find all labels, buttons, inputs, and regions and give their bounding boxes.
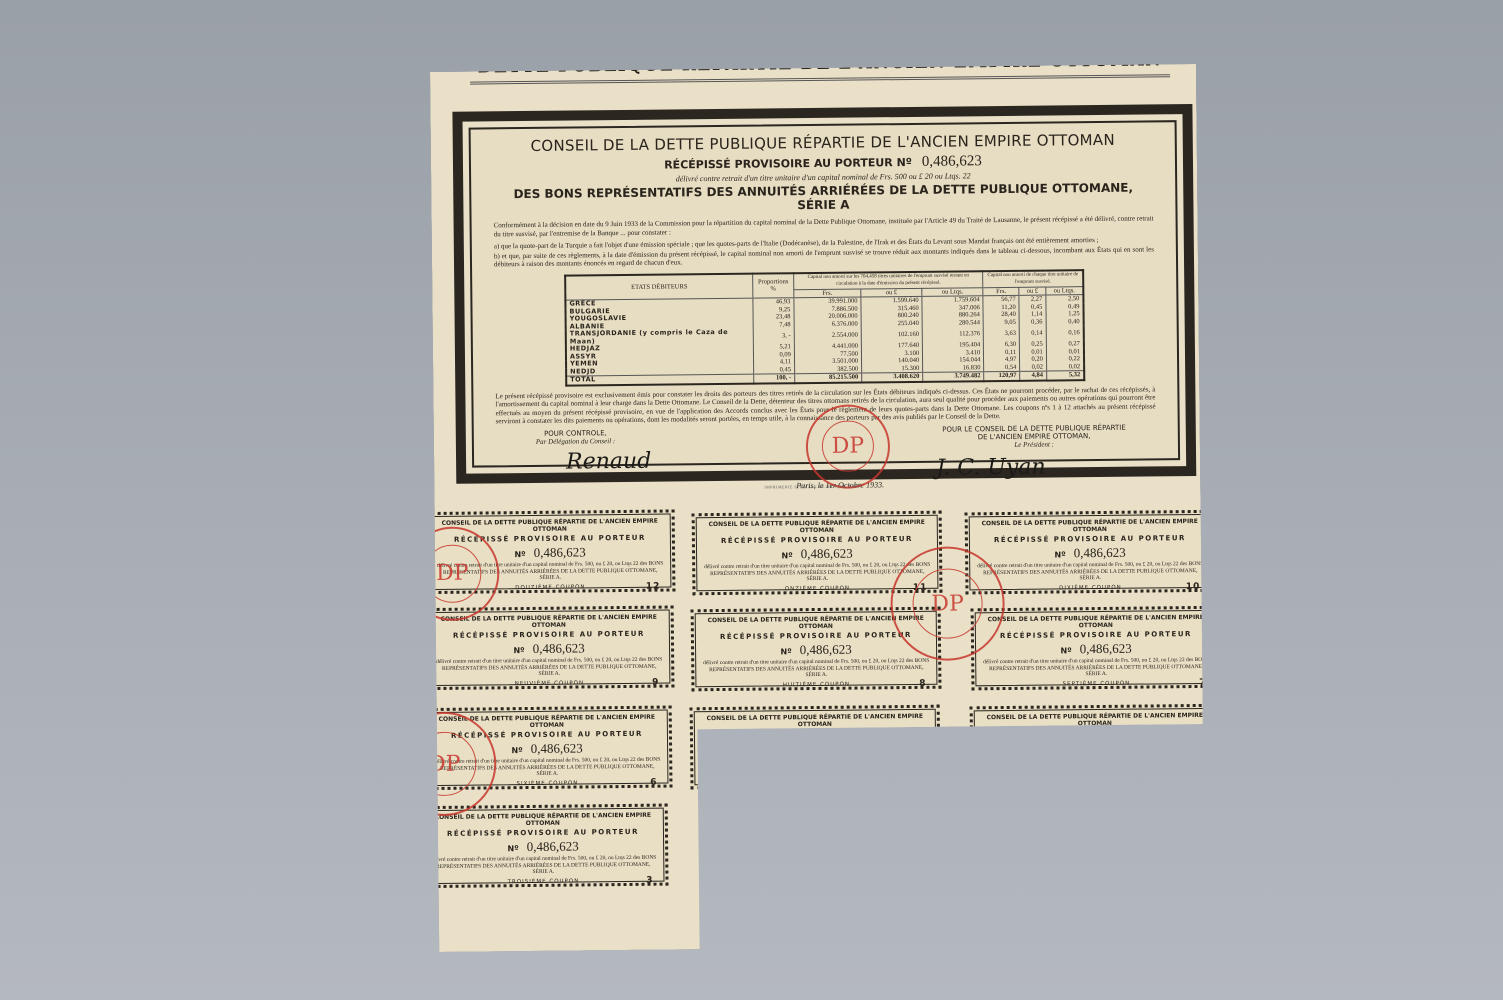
cell-u-gbp: 0,14 <box>1019 326 1046 341</box>
coupon-number: Nº0,486,623 <box>701 739 929 757</box>
coupon-body: délivré contre retrait d'un titre unitai… <box>429 855 657 877</box>
coupon-footer: TROISIÈME COUPON3 <box>429 877 657 885</box>
coupon-index: 8 <box>919 678 926 688</box>
paragraph-1: Conformément à la décision en date du 9 … <box>494 214 1154 238</box>
seal-monogram: DP <box>919 748 990 819</box>
coupon-number: Nº0,486,623 <box>703 545 931 563</box>
coupon-body: délivré contre retrait d'un titre unitai… <box>702 658 930 680</box>
coupon-number-value: 0,486,623 <box>533 640 585 656</box>
coupon-label: DIXIÈME COUPON <box>1059 584 1122 591</box>
coupon-number-value: 0,486,623 <box>1074 545 1126 561</box>
coupon-index: 4 <box>1198 775 1205 785</box>
coupon-footer: CINQUIÈME COUPON5 <box>701 778 929 786</box>
cell-pct: 100, - <box>754 374 795 383</box>
coupon-label: ONZIÈME COUPON <box>785 585 850 592</box>
coupon-label: CINQUIÈME COUPON <box>779 779 852 786</box>
coupon-title: CONSEIL DE LA DETTE PUBLIQUE RÉPARTIE DE… <box>982 614 1210 630</box>
bond-certificate: DETTE PUBLIQUE RÉPARTIE DE L'ANCIEN EMPI… <box>430 64 1205 952</box>
cell-u-gbp: 0,02 <box>1020 363 1047 371</box>
coupon-index: 9 <box>652 677 659 687</box>
coupon-no-label: Nº <box>780 647 791 656</box>
coupon-subtitle: RÉCÉPISSÉ PROVISOIRE AU PORTEUR <box>702 631 930 641</box>
seal-stamp: DP <box>806 404 891 489</box>
col-group-total: Capital non amorti sur les 704,458 titre… <box>794 271 984 289</box>
cell-u-ltqs: 5,32 <box>1046 371 1084 380</box>
cell-u-frs: 0,54 <box>984 363 1020 371</box>
coupon-subtitle: RÉCÉPISSÉ PROVISOIRE AU PORTEUR <box>976 534 1204 544</box>
cell-u-frs: 56,77 <box>983 295 1019 303</box>
seal-stamp-coupon-2: DP <box>890 546 1005 661</box>
coupon-number-value: 0,486,623 <box>1079 739 1131 755</box>
coupon-title: CONSEIL DE LA DETTE PUBLIQUE RÉPARTIE DE… <box>701 713 929 729</box>
cell-pct: 3, - <box>753 328 794 343</box>
coupon-title: CONSEIL DE LA DETTE PUBLIQUE RÉPARTIE DE… <box>703 519 931 535</box>
cell-u-gbp: 0,20 <box>1020 356 1047 364</box>
cell-frs: 2.554.000 <box>794 327 861 343</box>
cell-pct: 0,45 <box>754 366 795 374</box>
coupon-subtitle: RÉCÉPISSÉ PROVISOIRE AU PORTEUR <box>703 535 931 545</box>
certificate-body: CONSEIL DE LA DETTE PUBLIQUE RÉPARTIE DE… <box>469 120 1181 467</box>
cell-frs: 85.215.500 <box>795 373 862 383</box>
coupon-index: 6 <box>650 777 657 787</box>
coupon-number: Nº0,486,623 <box>702 641 930 659</box>
coupon-label: HUITIÈME COUPON <box>783 681 850 688</box>
coupon: CONSEIL DE LA DETTE PUBLIQUE RÉPARTIE DE… <box>690 705 941 790</box>
col-unit-frs: Frs. <box>983 287 1019 296</box>
ornamental-banner: DETTE PUBLIQUE RÉPARTIE DE L'ANCIEN EMPI… <box>470 50 1170 84</box>
president-label: Le Président : <box>1014 440 1054 448</box>
coupon-number-value: 0,486,623 <box>801 546 853 562</box>
coupon: CONSEIL DE LA DETTE PUBLIQUE RÉPARTIE DE… <box>971 606 1222 691</box>
coupon-number: Nº0,486,623 <box>429 838 657 856</box>
seal-monogram: DP <box>912 568 983 639</box>
cell-gbp: 3.408.620 <box>862 372 923 382</box>
coupon-no-label: Nº <box>511 746 522 755</box>
coupon-index: 5 <box>918 776 925 786</box>
coupon-title: CONSEIL DE LA DETTE PUBLIQUE RÉPARTIE DE… <box>976 518 1204 534</box>
cell-ltqs: 112.376 <box>922 326 983 342</box>
cell-state: TOTAL <box>566 374 754 385</box>
cell-u-ltqs: 2,50 <box>1046 295 1084 303</box>
col-group-unit: Capital non amorti de chaque titre unita… <box>983 270 1083 288</box>
signature-left: Renaud <box>566 448 651 474</box>
coupon-subtitle: RÉCÉPISSÉ PROVISOIRE AU PORTEUR <box>981 728 1209 738</box>
coupon-title: CONSEIL DE LA DETTE PUBLIQUE RÉPARTIE DE… <box>429 812 657 828</box>
coupon-number-value: 0,486,623 <box>800 642 852 658</box>
seal-monogram: DP <box>412 732 477 797</box>
col-unit-gbp: ou £ <box>1019 287 1046 296</box>
coupon: CONSEIL DE LA DETTE PUBLIQUE RÉPARTIE DE… <box>970 704 1221 789</box>
control-block: POUR CONTROLE, Par Délégation du Conseil… <box>536 429 615 446</box>
coupon-subtitle: RÉCÉPISSÉ PROVISOIRE AU PORTEUR <box>701 729 929 739</box>
col-proportions: Proportions % <box>753 273 794 298</box>
coupon-number: Nº0,486,623 <box>981 738 1209 756</box>
coupon-label: QUATRIÈME COUPON <box>1058 778 1132 785</box>
certificate-frame: CONSEIL DE LA DETTE PUBLIQUE RÉPARTIE DE… <box>452 104 1196 484</box>
coupon-number: Nº0,486,623 <box>435 640 663 658</box>
cell-u-gbp: 2,27 <box>1019 295 1046 303</box>
printer-imprint: IMPRIMERIE SPÉCIALE DE BANQUE, PARIS <box>764 483 862 489</box>
seal-stamp-coupon-3: DP <box>392 711 497 816</box>
cell-u-frs: 28,40 <box>983 311 1019 319</box>
coupon-index: 12 <box>646 581 661 591</box>
debtor-states-table: ETATS DÉBITEURS Proportions % Capital no… <box>564 269 1085 386</box>
cell-gbp: 102.160 <box>861 327 922 343</box>
coupon-subtitle: RÉCÉPISSÉ PROVISOIRE AU PORTEUR <box>429 828 657 838</box>
coupon-number-value: 0,486,623 <box>799 740 851 756</box>
cell-u-frs: 120,97 <box>984 371 1020 380</box>
coupon: CONSEIL DE LA DETTE PUBLIQUE RÉPARTIE DE… <box>965 510 1216 595</box>
coupon-footer: SEPTIÈME COUPON7 <box>982 679 1210 687</box>
coupon-number: Nº0,486,623 <box>976 544 1204 562</box>
cell-u-frs: 3,63 <box>984 326 1020 341</box>
col-unit-ltqs: ou Ltqs. <box>1046 286 1084 295</box>
coupon-grid: CONSEIL DE LA DETTE PUBLIQUE RÉPARTIE DE… <box>435 504 1201 512</box>
cell-u-gbp: 1,14 <box>1019 311 1046 319</box>
council-block: POUR LE CONSEIL DE LA DETTE PUBLIQUE RÉP… <box>942 423 1126 449</box>
coupon-footer: NEUVIÈME COUPON9 <box>435 679 663 687</box>
coupon-body: délivré contre retrait d'un titre unitai… <box>982 657 1210 679</box>
coupon-index: 10 <box>1186 581 1201 591</box>
coupon-subtitle: RÉCÉPISSÉ PROVISOIRE AU PORTEUR <box>435 630 663 640</box>
seal-monogram: DP <box>423 545 481 603</box>
coupon-label: NEUVIÈME COUPON <box>515 680 584 687</box>
cell-u-gbp: 0,36 <box>1019 318 1046 326</box>
coupon-body: délivré contre retrait d'un titre unitai… <box>701 756 929 778</box>
coupon-footer: HUITIÈME COUPON8 <box>702 680 930 688</box>
cell-u-ltqs: 0,16 <box>1046 325 1084 340</box>
coupon-no-label: Nº <box>507 844 518 853</box>
certificate-subtitle: DES BONS REPRÉSENTATIFS DES ANNUITÉS ARR… <box>493 180 1153 215</box>
cell-u-gbp: 0,25 <box>1020 341 1047 349</box>
coupon-no-label: Nº <box>513 646 524 655</box>
coupon-no-label: Nº <box>1059 744 1070 753</box>
coupon-label: SEPTIÈME COUPON <box>1063 680 1131 687</box>
coupon-number-value: 0,486,623 <box>534 544 586 560</box>
coupon-no-label: Nº <box>514 550 525 559</box>
cell-u-gbp: 4,84 <box>1020 371 1047 380</box>
coupon-index: 3 <box>646 875 653 885</box>
coupon-no-label: Nº <box>781 551 792 560</box>
coupon-subtitle: RÉCÉPISSÉ PROVISOIRE AU PORTEUR <box>982 630 1210 640</box>
coupon-index: 7 <box>1199 677 1206 687</box>
delegation-label: Par Délégation du Conseil : <box>536 437 615 446</box>
coupon-footer: QUATRIÈME COUPON4 <box>981 777 1209 785</box>
coupon-body: délivré contre retrait d'un titre unitai… <box>981 755 1209 777</box>
coupon-number-value: 0,486,623 <box>531 740 583 756</box>
coupon-label: TROISIÈME COUPON <box>508 878 580 885</box>
coupon-label: SIXIÈME COUPON <box>516 780 578 787</box>
coupon-number-value: 0,486,623 <box>1080 641 1132 657</box>
coupon-number-value: 0,486,623 <box>527 838 579 854</box>
coupon-footer: DIXIÈME COUPON10 <box>976 583 1204 591</box>
col-states: ETATS DÉBITEURS <box>565 273 753 300</box>
coupon-no-label: Nº <box>779 745 790 754</box>
coupon-label: DOUZIÈME COUPON <box>515 584 585 591</box>
receipt-number: 0,486,623 <box>922 153 982 170</box>
cell-u-ltqs: 0,02 <box>1046 363 1084 371</box>
coupon: CONSEIL DE LA DETTE PUBLIQUE RÉPARTIE DE… <box>418 804 669 889</box>
coupon-title: CONSEIL DE LA DETTE PUBLIQUE RÉPARTIE DE… <box>981 712 1209 728</box>
coupon-no-label: Nº <box>1060 646 1071 655</box>
cell-pct: 46,93 <box>753 298 794 306</box>
coupon-body: délivré contre retrait d'un titre unitai… <box>976 561 1204 583</box>
signature-right: J. C. Uyan <box>936 454 1046 480</box>
seal-monogram: DP <box>822 420 874 472</box>
coupon-body: délivré contre retrait d'un titre unitai… <box>435 657 663 679</box>
seal-stamp-coupon-4: DP <box>897 726 1012 841</box>
receipt-label: RÉCÉPISSÉ PROVISOIRE AU PORTEUR Nº <box>664 156 912 172</box>
cell-ltqs: 3.749.482 <box>923 372 984 382</box>
seal-stamp-coupon-1: DP <box>405 526 500 621</box>
coupon-number: Nº0,486,623 <box>982 640 1210 658</box>
coupon-no-label: Nº <box>1054 550 1065 559</box>
